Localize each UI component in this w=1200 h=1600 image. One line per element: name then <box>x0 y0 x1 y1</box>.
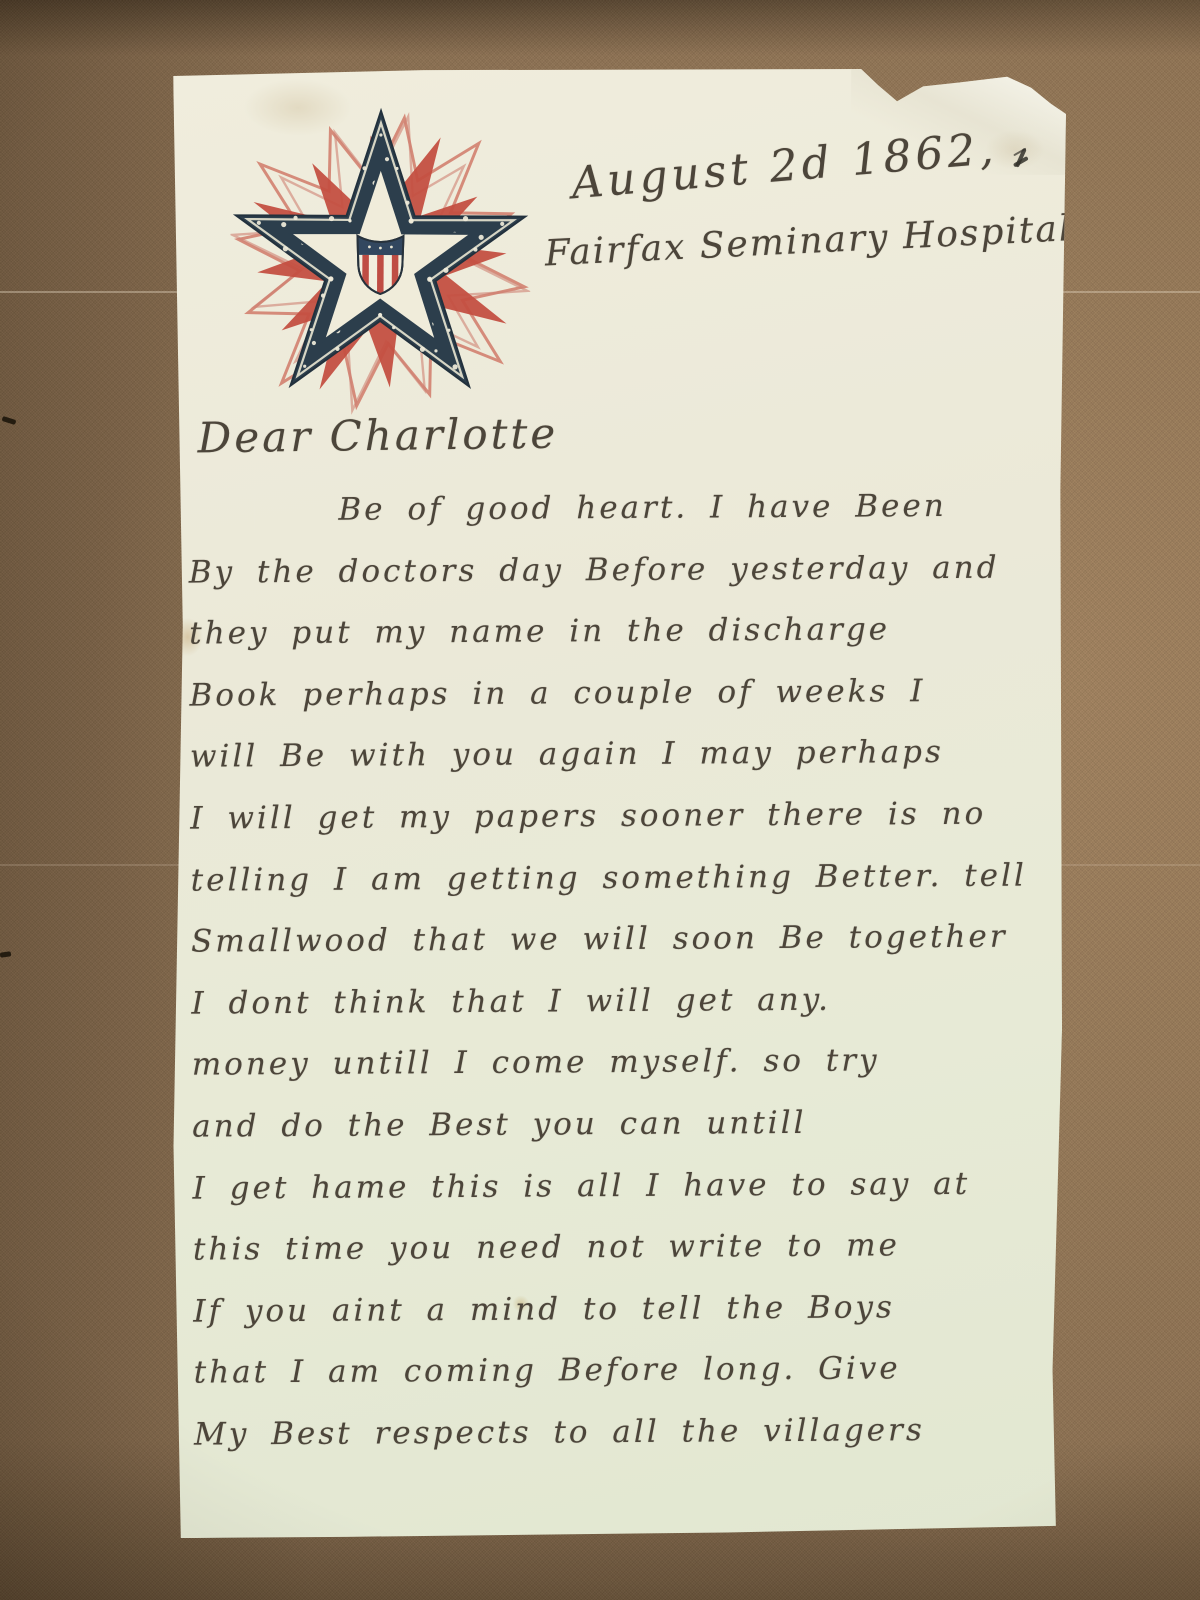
body-line: will Be with you again I may perhaps <box>190 722 1050 789</box>
union-star-burst-icon <box>230 102 531 415</box>
body-line: I get hame this is all I have to say at <box>192 1153 1052 1220</box>
body-line: they put my name in the discharge <box>189 599 1049 666</box>
body-line: money untill I come myself. so try <box>192 1030 1052 1097</box>
salutation: Dear Charlotte <box>197 409 558 463</box>
body-line: I will get my papers sooner there is no <box>190 783 1050 850</box>
body-line: I dont think that I will get any. <box>191 968 1051 1035</box>
ink-blot <box>1009 146 1035 180</box>
body-line: My Best respects to all the villagers <box>194 1399 1054 1466</box>
body-line: Book perhaps in a couple of weeks I <box>189 660 1049 727</box>
letter-paper: August 2d 1862, Fairfax Seminary Hospita… <box>167 66 1066 1542</box>
body-line: By the doctors day Before yesterday and <box>189 537 1049 604</box>
location-line: Fairfax Seminary Hospital <box>544 208 1073 274</box>
date-line: August 2d 1862, <box>569 123 999 209</box>
body-line: and do the Best you can untill <box>192 1091 1052 1158</box>
body-line: this time you need not write to me <box>193 1215 1053 1282</box>
body-line: If you aint a mind to tell the Boys <box>193 1276 1053 1343</box>
letter-body: Be of good heart. I have Been By the doc… <box>188 475 1054 1466</box>
body-line: Smallwood that we will soon Be together <box>191 907 1051 974</box>
body-line: that I am coming Before long. Give <box>194 1338 1054 1405</box>
body-line: telling I am getting something Better. t… <box>191 845 1051 912</box>
body-line: Be of good heart. I have Been <box>188 475 1048 542</box>
